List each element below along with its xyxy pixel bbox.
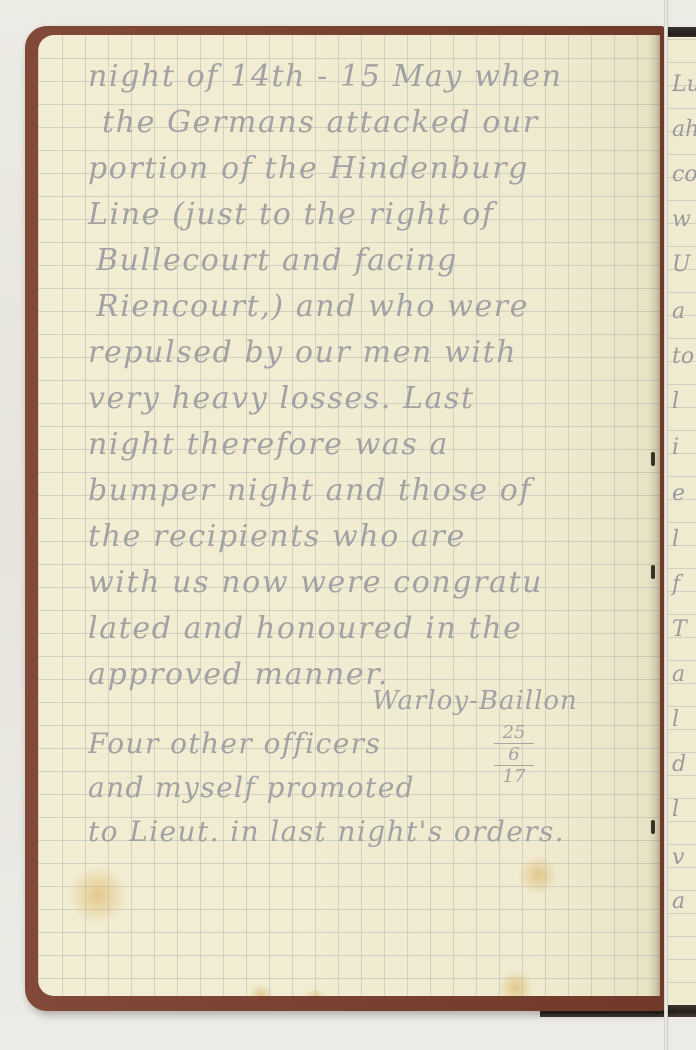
binding-stitch (651, 820, 655, 834)
entry-line: bumper night and those of (88, 468, 658, 514)
facing-line: d (672, 752, 686, 777)
facing-line: to (672, 344, 694, 369)
entry-line: the recipients who are (88, 514, 658, 560)
entry-line: Bullecourt and facing (88, 238, 658, 284)
entry-line: lated and honoured in the (88, 606, 658, 652)
entry-line: Line (just to the right of (88, 192, 658, 238)
diary-page-right-fragment: Lu ah co w U a to l i e l f T a l d l v … (668, 37, 696, 1005)
entry-line: very heavy losses. Last (88, 376, 658, 422)
facing-line: l (672, 527, 679, 552)
facing-line: l (672, 797, 679, 822)
entry-date: 25 6 17 (490, 722, 538, 787)
facing-line: w (672, 207, 691, 232)
entry-line: Riencourt,) and who were (88, 284, 658, 330)
date-year: 17 (490, 766, 538, 787)
entry-line: with us now were congratu (88, 560, 658, 606)
diary-entry-closing: Four other officers and myself promoted … (88, 722, 488, 854)
facing-line: T (672, 617, 687, 642)
entry-line: repulsed by our men with (88, 330, 658, 376)
entry-line: night of 14th - 15 May when (88, 54, 658, 100)
entry-line: the Germans attacked our (88, 100, 658, 146)
facing-line: f (672, 572, 680, 597)
foxing-stain (248, 985, 274, 996)
date-day: 25 (490, 722, 538, 743)
facing-line: i (672, 435, 679, 460)
foxing-stain (498, 970, 534, 996)
facing-line: a (672, 299, 685, 324)
facing-line: l (672, 707, 679, 732)
entry-line: portion of the Hindenburg (88, 146, 658, 192)
date-month: 6 (490, 744, 538, 765)
foxing-stain (300, 990, 330, 996)
entry-line: Four other officers (88, 722, 488, 766)
entry-location: Warloy-Baillon (372, 686, 578, 716)
facing-line: v (672, 845, 684, 870)
facing-line: U (672, 252, 691, 277)
facing-line: a (672, 889, 685, 914)
facing-line: co (672, 162, 696, 187)
facing-line: a (672, 662, 685, 687)
foxing-stain (68, 865, 128, 925)
entry-line: night therefore was a (88, 422, 658, 468)
facing-line: e (672, 481, 685, 506)
foxing-stain (518, 855, 558, 895)
diary-entry-text: night of 14th - 15 May when the Germans … (88, 54, 658, 698)
facing-line: ah (672, 117, 696, 142)
entry-line: to Lieut. in last night's orders. (88, 810, 488, 854)
facing-line: Lu (672, 72, 696, 97)
entry-line: and myself promoted (88, 766, 488, 810)
facing-line: l (672, 389, 679, 414)
